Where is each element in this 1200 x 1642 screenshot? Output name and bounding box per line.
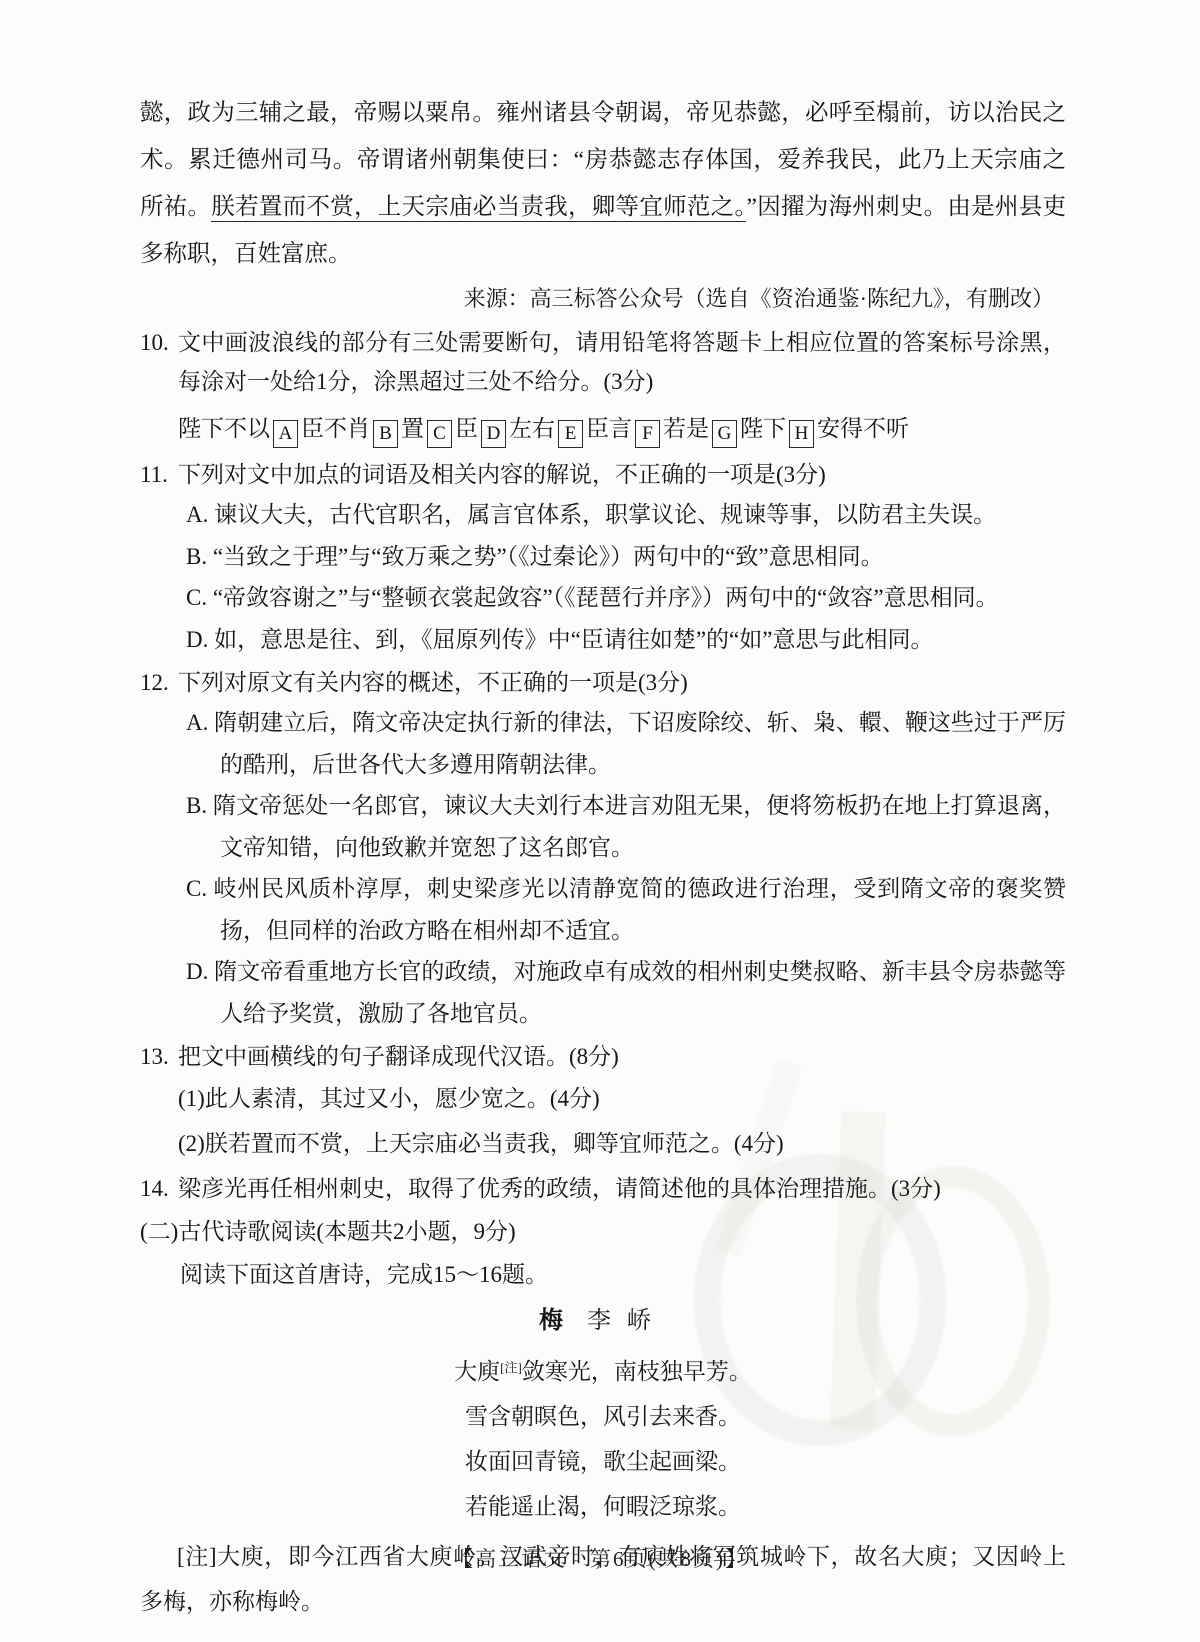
question-12: 12. 下列对原文有关内容的概述，不正确的一项是(3分) xyxy=(140,663,1066,702)
question-14: 14. 梁彦光再任相州刺史，取得了优秀的政绩，请简述他的具体治理措施。(3分) xyxy=(140,1169,1066,1208)
question-12-option-d: D. 隋文帝看重地方长官的政绩，对施政卓有成效的相州刺史樊叔略、新丰县令房恭懿等… xyxy=(186,951,1066,1034)
question-14-stem: 梁彦光再任相州刺史，取得了优秀的政绩，请简述他的具体治理措施。(3分) xyxy=(178,1169,1066,1208)
question-12-option-b: B. 隋文帝惩处一名郎官，谏议大夫刘行本进言劝阻无果，便将笏板扔在地上打算退离，… xyxy=(186,785,1066,868)
answer-letter-box: C xyxy=(427,420,452,448)
answer-letter-box: E xyxy=(558,420,583,448)
question-13: 13. 把文中画横线的句子翻译成现代汉语。(8分) xyxy=(140,1037,1066,1076)
question-12-option-c: C. 岐州民风质朴淳厚，刺史梁彦光以清静宽简的德政进行治理，受到隋文帝的褒奖赞扬… xyxy=(186,868,1066,951)
question-12-stem: 下列对原文有关内容的概述，不正确的一项是(3分) xyxy=(178,663,1066,702)
question-10-number: 10. xyxy=(140,323,178,401)
question-11: 11. 下列对文中加点的词语及相关内容的解说，不正确的一项是(3分) xyxy=(140,455,1066,494)
break-segment: 陛下 xyxy=(740,416,786,441)
poem-title: 梅 xyxy=(539,1308,563,1334)
question-13-item-2: (2)朕若置而不赏，上天宗庙必当责我，卿等宜师范之。(4分) xyxy=(178,1122,1066,1166)
poem-line-1-post: 敛寒光，南枝独早芳。 xyxy=(522,1359,752,1384)
question-14-number: 14. xyxy=(140,1169,178,1208)
question-11-option-b: B. “当致之于理”与“致万乘之势”（《过秦论》）两句中的“致”意思相同。 xyxy=(186,536,1066,578)
break-segment: 若是 xyxy=(663,416,709,441)
question-10-text: 文中画波浪线的部分有三处需要断句，请用铅笔将答题卡上相应位置的答案标号涂黑，每涂… xyxy=(178,323,1066,401)
question-11-stem: 下列对文中加点的词语及相关内容的解说，不正确的一项是(3分) xyxy=(178,455,1066,494)
underlined-sentence: 朕若置而不赏，上天宗庙必当责我，卿等宜师范之。 xyxy=(211,194,746,222)
question-11-option-c: C. “帝敛容谢之”与“整顿衣裳起敛容”（《琵琶行并序》）两句中的“敛容”意思相… xyxy=(186,577,1066,619)
question-12-number: 12. xyxy=(140,663,178,702)
passage-continuation: 懿，政为三辅之最，帝赐以粟帛。雍州诸县令朝谒，帝见恭懿，必呼至榻前，访以治民之术… xyxy=(140,90,1066,278)
page-footer: 【高三语文 第6页(共8页)】 xyxy=(0,1543,1200,1573)
break-segment: 陛下不以 xyxy=(178,416,270,441)
poem-note-mark: [注] xyxy=(500,1360,522,1375)
poem-author: 李峤 xyxy=(587,1308,667,1334)
question-13-number: 13. xyxy=(140,1037,178,1076)
question-11-option-a: A. 谏议大夫，古代官职名，属言官体系，职掌议论、规谏等事，以防君主失误。 xyxy=(186,494,1066,536)
exam-page: 懿，政为三辅之最，帝赐以粟帛。雍州诸县令朝谒，帝见恭懿，必呼至榻前，访以治民之术… xyxy=(0,0,1200,1642)
page-content: 懿，政为三辅之最，帝赐以粟帛。雍州诸县令朝谒，帝见恭懿，必呼至榻前，访以治民之术… xyxy=(140,90,1066,1642)
poem-line-3: 妆面回青镜，歌尘起画梁。 xyxy=(140,1439,1066,1484)
section-2-heading: (二)古代诗歌阅读(本题共2小题，9分) xyxy=(140,1210,1066,1253)
break-segment: 臣不肖 xyxy=(301,416,370,441)
question-12-option-a: A. 隋朝建立后，隋文帝决定执行新的律法，下诏废除绞、斩、枭、轘、鞭这些过于严厉… xyxy=(186,702,1066,785)
poem-block: 梅李峤 大庾[注]敛寒光，南枝独早芳。 雪含朝暝色，风引去来香。 妆面回青镜，歌… xyxy=(140,1298,1066,1529)
question-10: 10. 文中画波浪线的部分有三处需要断句，请用铅笔将答题卡上相应位置的答案标号涂… xyxy=(140,323,1066,401)
answer-letter-box: B xyxy=(373,420,398,448)
question-13-stem: 把文中画横线的句子翻译成现代汉语。(8分) xyxy=(178,1037,1066,1076)
answer-letter-box: H xyxy=(789,420,814,448)
break-segment: 臣言 xyxy=(586,416,632,441)
question-11-option-d: D. 如，意思是往、到，《屈原列传》中“臣请往如楚”的“如”意思与此相同。 xyxy=(186,619,1066,661)
break-segment: 置 xyxy=(401,416,424,441)
answer-letter-box: G xyxy=(712,420,737,448)
answer-letter-box: A xyxy=(273,420,298,448)
break-segment: 左右 xyxy=(509,416,555,441)
source-line: 来源：高三标答公众号（选自《资治通鉴·陈纪九》，有删改） xyxy=(140,278,1066,320)
question-13-item-1: (1)此人素清，其过又小，愿少宽之。(4分) xyxy=(178,1077,1066,1121)
poem-line-2: 雪含朝暝色，风引去来香。 xyxy=(140,1394,1066,1439)
poem-line-1: 大庾[注]敛寒光，南枝独早芳。 xyxy=(140,1345,1066,1394)
break-segment: 臣 xyxy=(455,416,478,441)
question-11-number: 11. xyxy=(140,455,178,494)
sentence-break-line: 陛下不以A臣不肖B置C臣D左右E臣言F若是G陛下H安得不听 xyxy=(178,408,1066,450)
poem-line-1-pre: 大庾 xyxy=(454,1359,500,1384)
poem-line-4: 若能遥止渴，何暇泛琼浆。 xyxy=(140,1484,1066,1529)
poem-title-line: 梅李峤 xyxy=(140,1298,1066,1345)
answer-letter-box: D xyxy=(481,420,506,448)
break-segment: 安得不听 xyxy=(817,416,909,441)
answer-letter-box: F xyxy=(635,420,660,448)
section-2-instruction: 阅读下面这首唐诗，完成15～16题。 xyxy=(180,1253,1066,1296)
